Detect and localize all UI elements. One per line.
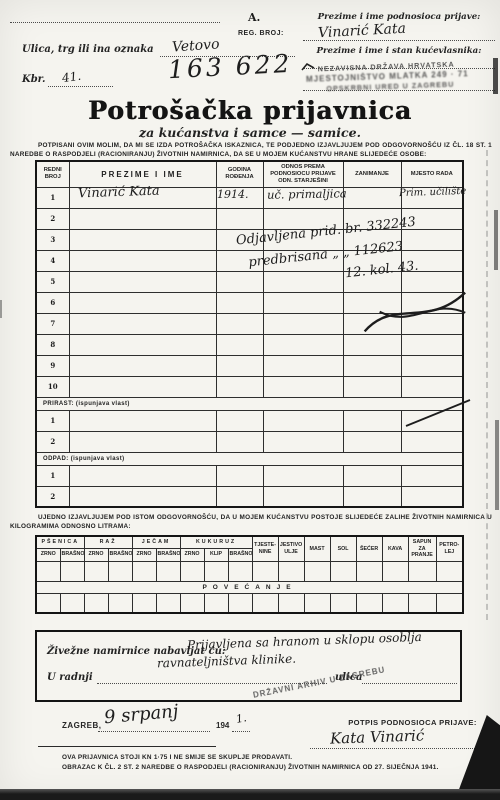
stamp-check-mark — [300, 60, 316, 74]
city-label: ZAGREB, — [62, 721, 102, 730]
u-radnji-label: U radnji — [47, 672, 93, 683]
col-godina: GODINA ROĐENJA — [216, 161, 263, 187]
row1-name-handwritten: Vinarić Kata — [78, 184, 160, 202]
section-letter: A. — [248, 11, 260, 24]
ulica-line — [362, 683, 457, 684]
group-raz: RAŽ — [84, 536, 132, 548]
signature-handwritten: Kata Vinarić — [330, 726, 425, 747]
scan-bottom-edge — [0, 789, 500, 800]
group-psenica: PŠENICA — [36, 536, 84, 548]
table-row: 2 — [36, 486, 463, 507]
col-secer: ŠEĆER — [356, 536, 382, 561]
persons-header-row: REDNI BROJ PREZIME I IME GODINA ROĐENJA … — [36, 161, 463, 187]
kukuruz-brasno: BRAŠNO — [228, 548, 252, 561]
footnote-rule — [38, 746, 216, 747]
group-kukuruz: KUKURUZ — [180, 536, 252, 548]
purchase-handwritten-line1: Prijavljena sa hranom u sklopu osoblja — [187, 630, 422, 652]
prirast-band: PRIRAST: (ispunjava vlast) — [36, 397, 463, 410]
table-row: 1 — [36, 465, 463, 486]
povecanje-label: POVEĆANJE — [36, 581, 463, 593]
scan-artifact — [493, 58, 498, 94]
form-title: Potrošačka prijavnica — [0, 96, 500, 125]
col-sol: SOL — [330, 536, 356, 561]
applicant-value-handwritten: Vinarić Kata — [318, 21, 407, 42]
street-value-handwritten: Vetovo — [171, 36, 220, 55]
odpad-label: ODPAD: (ispunjava vlast) — [36, 452, 463, 465]
group-jecam: JEČAM — [132, 536, 180, 548]
street-label: Ulica, trg ili ina oznaka — [22, 44, 154, 55]
row1-year-handwritten: 1914. — [217, 188, 249, 201]
scan-artifact — [495, 420, 499, 510]
row1-workplace-handwritten: Prim. učilište — [399, 186, 467, 199]
scan-artifact — [494, 210, 498, 270]
kukuruz-klip: KLIP — [204, 548, 228, 561]
purchase-box: Živežne namirnice nabavljat ću: Prijavlj… — [35, 630, 462, 702]
form-subtitle: za kućanstva i samce — samice. — [0, 125, 500, 140]
scan-artifact — [0, 300, 2, 318]
date-handwritten: 9 srpanj — [103, 701, 179, 728]
col-kava: KAVA — [382, 536, 408, 561]
footnote-2: OBRAZAC K ČL. 2 ST. 2 NAREDBE O RASPODJE… — [62, 763, 482, 772]
perforation-line — [486, 150, 488, 620]
kukuruz-zrno: ZRNO — [180, 548, 204, 561]
intro-paragraph: POTPISANI OVIM MOLIM, DA MI SE IZDA POTR… — [10, 141, 492, 159]
prirast-label: PRIRAST: (ispunjava vlast) — [36, 397, 463, 410]
psenica-brasno: BRAŠNO — [60, 548, 84, 561]
row1-relation-handwritten: uč. primaljica — [267, 186, 347, 201]
year-line — [232, 731, 250, 732]
date-line — [98, 731, 210, 732]
col-prezime-ime: PREZIME I IME — [69, 161, 216, 187]
blank-dotted-line-top — [10, 22, 220, 23]
col-tjestenine: TJESTE-NINE — [252, 536, 278, 561]
table-row: 2 — [36, 431, 463, 452]
year-handwritten: 1. — [235, 711, 248, 726]
kbr-line — [48, 86, 113, 87]
official-stamp: NEZAVISNA DRŽAVA HRVATSKA MJESTOJNIŠTVO … — [306, 59, 470, 95]
table-row: 10 — [36, 376, 463, 397]
col-zanimanje: ZANIMANJE — [343, 161, 401, 187]
footnote-1: OVA PRIJAVNICA STOJI KN 1·75 I NE SMIJE … — [62, 753, 482, 762]
col-redni-broj: REDNI BROJ — [36, 161, 69, 187]
supplies-value-row — [36, 593, 463, 613]
raz-zrno: ZRNO — [84, 548, 108, 561]
prirast-slash-mark — [402, 396, 477, 428]
street-line — [160, 56, 295, 57]
signature-line — [310, 748, 495, 749]
col-sapun: SAPUN ZA PRANJE — [408, 536, 436, 561]
jecam-brasno: BRAŠNO — [156, 548, 180, 561]
supplies-table: PŠENICA RAŽ JEČAM KUKURUZ TJESTE-NINE JE… — [35, 535, 464, 614]
scanned-form: A. REG. BROJ: 163 622 Ulica, trg ili ina… — [0, 0, 500, 800]
col-mjesto-rada: MJESTO RADA — [401, 161, 463, 187]
kbr-label: Kbr. — [22, 74, 46, 85]
jecam-zrno: ZRNO — [132, 548, 156, 561]
supplies-value-row — [36, 561, 463, 581]
col-odnos: ODNOS PREMA PODNOSIOCU PRIJAVE ODN. STAR… — [263, 161, 343, 187]
table-row: 1 — [36, 410, 463, 431]
kbr-value-handwritten: 41. — [61, 69, 82, 86]
table-row: 9 — [36, 355, 463, 376]
signature-label: POTPIS PODNOSIOCA PRIJAVE: — [330, 718, 495, 727]
raz-brasno: BRAŠNO — [108, 548, 132, 561]
povecanje-band: POVEĆANJE — [36, 581, 463, 593]
landlord-label: Prezime i ime i stan kućevlasnika: — [305, 46, 493, 56]
supplies-group-header: PŠENICA RAŽ JEČAM KUKURUZ TJESTE-NINE JE… — [36, 536, 463, 548]
col-jestivo-ulje: JESTIVO ULJE — [278, 536, 304, 561]
reg-broj-label: REG. BROJ: — [238, 30, 284, 37]
psenica-zrno: ZRNO — [36, 548, 60, 561]
col-mast: MAST — [304, 536, 330, 561]
supplies-intro: UJEDNO IZJAVLJUJEM POD ISTOM ODGOVORNOŠĆ… — [10, 513, 492, 531]
col-petrolej: PETRO-LEJ — [436, 536, 463, 561]
year-printed: 194 — [216, 721, 229, 730]
odpad-band: ODPAD: (ispunjava vlast) — [36, 452, 463, 465]
